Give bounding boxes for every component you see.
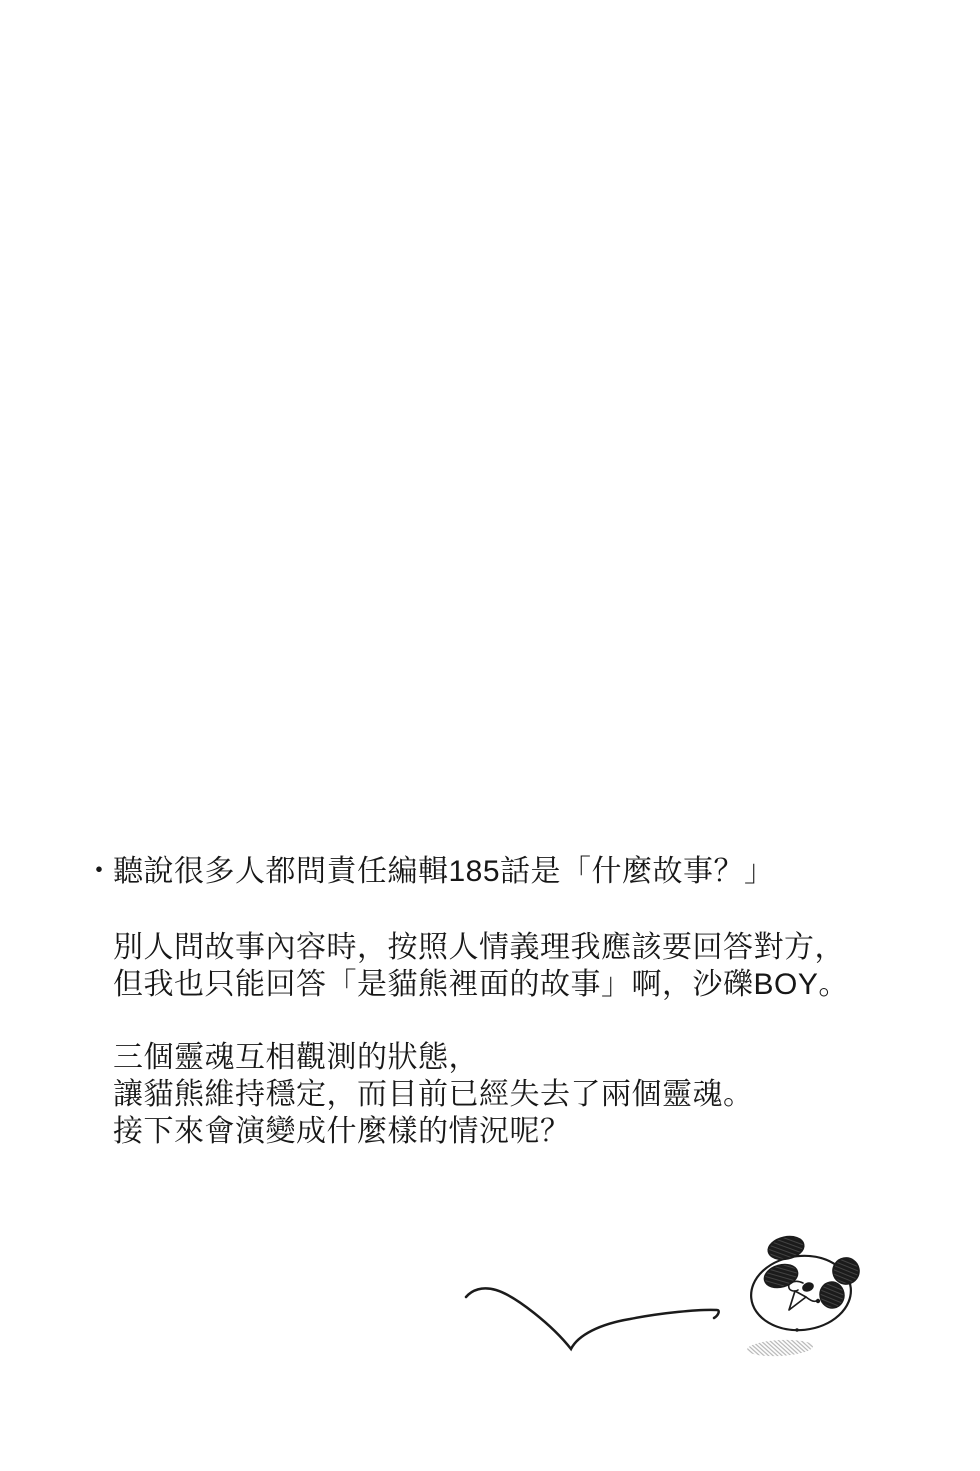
panda-nose <box>801 1281 815 1294</box>
panda-face-icon <box>747 1233 861 1335</box>
doodle-layer <box>0 0 980 1471</box>
panda-beak <box>789 1291 806 1310</box>
bullet-dot: ・ <box>84 853 114 890</box>
note-line-4: 三個靈魂互相觀測的狀態， <box>113 1039 479 1076</box>
panda-shadow-icon <box>747 1338 814 1357</box>
note-line-3: 但我也只能回答「是貓熊裡面的故事」啊，沙礫BOY。 <box>113 966 849 1003</box>
note-line-2: 別人問故事內容時，按照人情義理我應該要回答對方， <box>113 929 845 966</box>
panda-right-eye-patch <box>818 1280 846 1310</box>
panda-right-ear-icon <box>831 1256 861 1286</box>
panda-chin-dot <box>795 1328 798 1331</box>
panda-head-outline <box>747 1251 854 1335</box>
note-line-5: 讓貓熊維持穩定，而目前已經失去了兩個靈魂。 <box>113 1076 754 1113</box>
panda-mouth-dot <box>816 1299 820 1303</box>
manga-page: ・ 聽說很多人都問責任編輯185話是「什麼故事？」 別人問故事內容時，按照人情義… <box>0 0 980 1471</box>
panda-left-ear-icon <box>766 1233 806 1262</box>
panda-left-eye-patch <box>762 1261 801 1292</box>
note-line-1: 聽說很多人都問責任編輯185話是「什麼故事？」 <box>113 853 775 890</box>
panda-mouth-line <box>806 1297 816 1301</box>
panda-snout-squiggle <box>789 1281 803 1291</box>
note-line-6: 接下來會演變成什麼樣的情況呢？ <box>113 1113 571 1150</box>
swoosh-stroke-icon <box>466 1288 719 1349</box>
